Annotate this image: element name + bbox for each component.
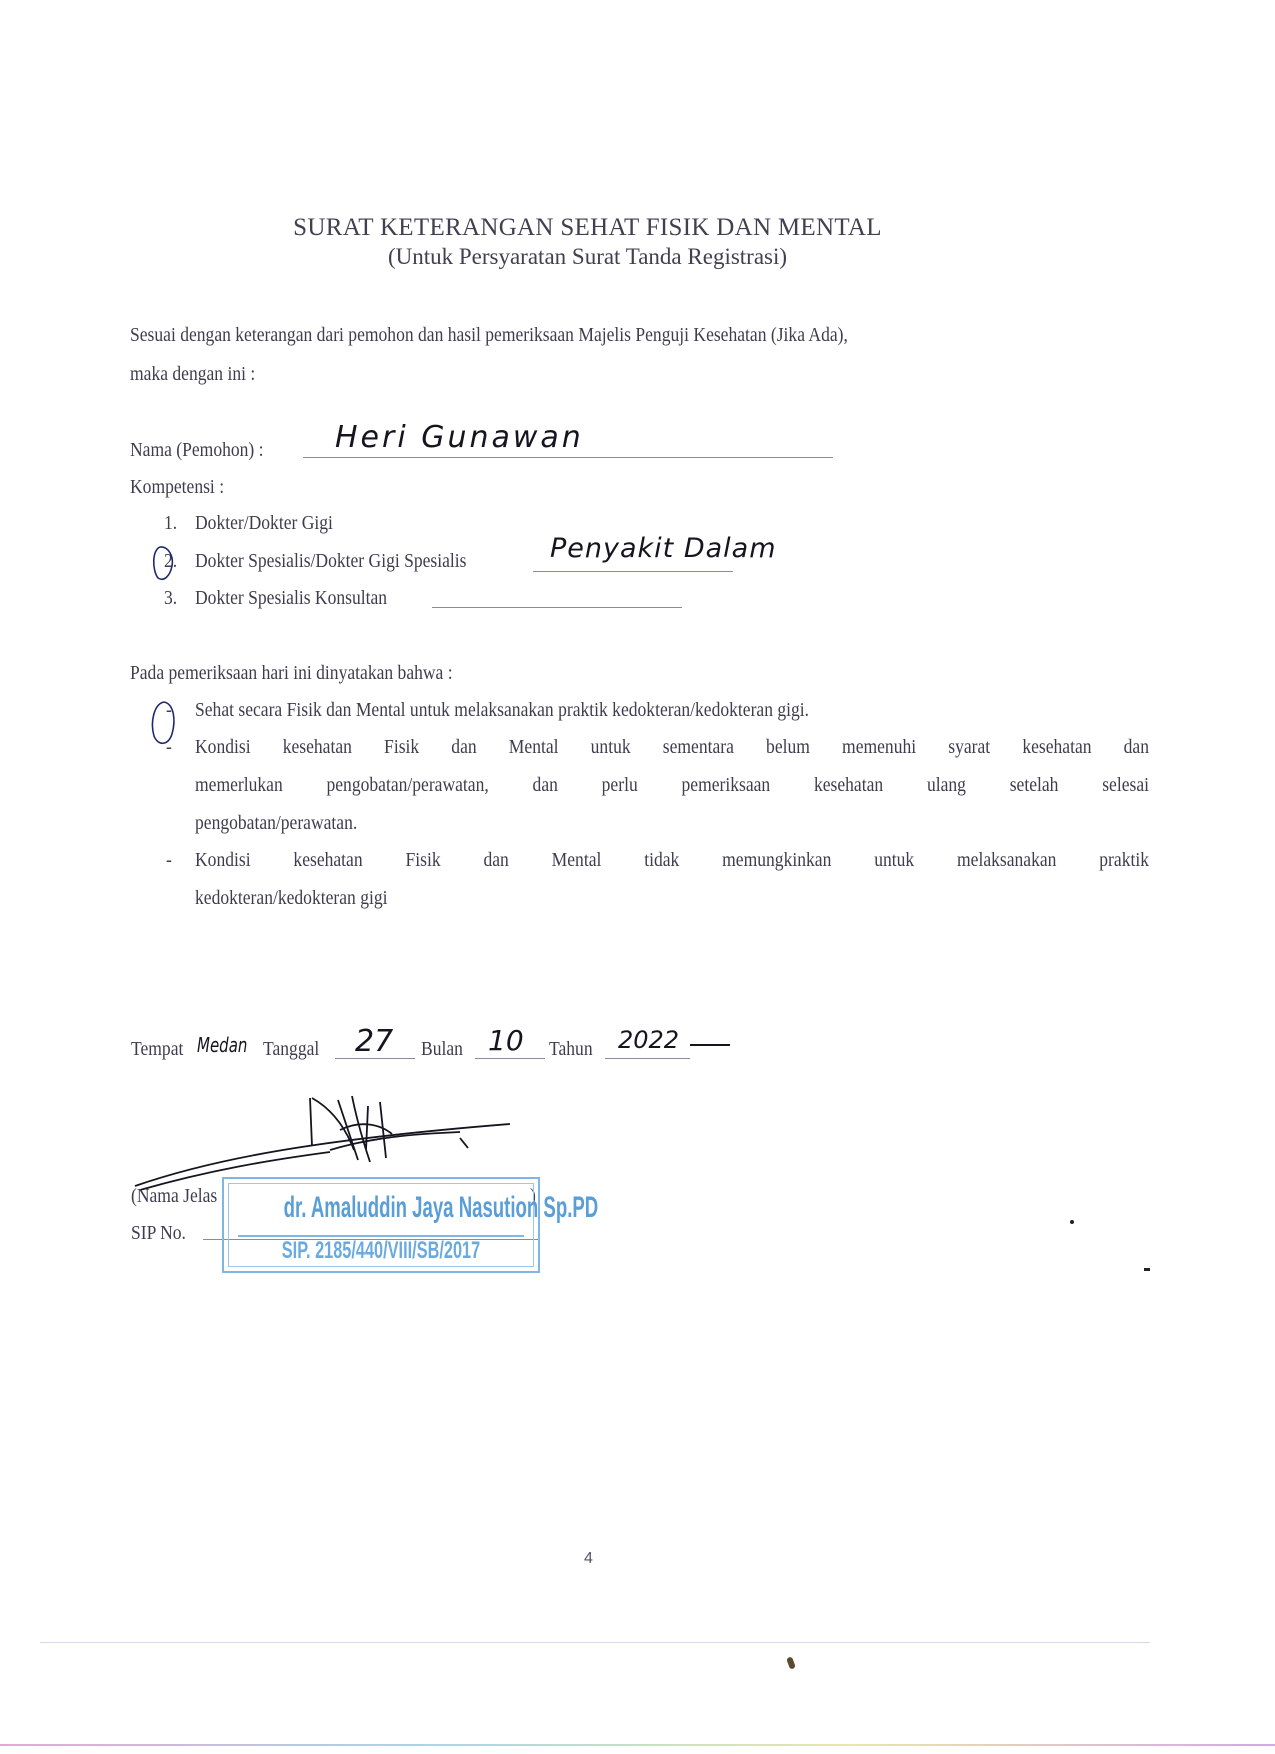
- selection-circle-icon: [150, 544, 190, 584]
- year-field-line[interactable]: [605, 1058, 690, 1059]
- stamp-sip-number: SIP. 2185/440/VIII/SB/2017: [274, 1237, 488, 1265]
- competency-option-2[interactable]: Dokter Spesialis/Dokter Gigi Spesialis: [195, 551, 467, 573]
- scan-speck: [1070, 1220, 1074, 1224]
- document-subtitle: (Untuk Persyaratan Surat Tanda Registras…: [0, 244, 1175, 270]
- name-field-value[interactable]: Heri Gunawan: [335, 420, 584, 455]
- month-field-line[interactable]: [475, 1058, 545, 1059]
- statement-bullet-1: -: [166, 700, 172, 722]
- place-label: Tempat: [131, 1039, 183, 1061]
- date-label: Tanggal: [263, 1039, 319, 1061]
- intro-line-1: Sesuai dengan keterangan dari pemohon da…: [130, 325, 1137, 347]
- date-value[interactable]: 27: [355, 1024, 393, 1059]
- year-label: Tahun: [549, 1039, 593, 1061]
- doctor-stamp: dr. Amaluddin Jaya Nasution Sp.PD SIP. 2…: [222, 1177, 540, 1273]
- competency-label: Kompetensi :: [130, 477, 224, 499]
- intro-line-2: maka dengan ini :: [130, 364, 255, 386]
- statement-bullet-2: -: [166, 737, 172, 759]
- month-label: Bulan: [421, 1039, 463, 1061]
- statement-option-2-line-1[interactable]: Kondisi kesehatan Fisik dan Mental untuk…: [195, 737, 1149, 759]
- signer-name-label: (Nama Jelas: [131, 1186, 217, 1208]
- scan-line: [40, 1642, 1150, 1643]
- competency-option-1[interactable]: Dokter/Dokter Gigi: [195, 513, 333, 535]
- competency-number-1: 1.: [164, 513, 177, 535]
- scan-edge: [0, 1744, 1275, 1746]
- statement-option-2-line-2[interactable]: memerlukan pengobatan/perawatan, dan per…: [195, 775, 1149, 797]
- page-number: 4: [584, 1550, 593, 1568]
- competency-option-3[interactable]: Dokter Spesialis Konsultan: [195, 588, 387, 610]
- specialty-field-line[interactable]: [533, 571, 733, 572]
- scan-speck: [786, 1656, 796, 1669]
- name-field-line[interactable]: [303, 457, 833, 458]
- name-label: Nama (Pemohon) :: [130, 440, 264, 462]
- place-value[interactable]: Medan: [197, 1033, 247, 1057]
- statement-option-1[interactable]: Sehat secara Fisik dan Mental untuk mela…: [195, 700, 809, 722]
- consultant-field-line[interactable]: [432, 607, 682, 608]
- specialty-field-value[interactable]: Penyakit Dalam: [550, 533, 777, 564]
- statement-bullet-3: -: [166, 850, 172, 872]
- statement-option-2-line-3[interactable]: pengobatan/perawatan.: [195, 813, 357, 835]
- statement-option-3-line-1[interactable]: Kondisi kesehatan Fisik dan Mental tidak…: [195, 850, 1149, 872]
- sip-label: SIP No.: [131, 1223, 186, 1245]
- competency-number-3: 3.: [164, 588, 177, 610]
- year-value[interactable]: 2022: [618, 1026, 679, 1054]
- scan-speck: [1144, 1268, 1150, 1271]
- stamp-doctor-name: dr. Amaluddin Jaya Nasution Sp.PD: [284, 1191, 479, 1225]
- year-underline-stroke: [690, 1044, 730, 1046]
- month-value[interactable]: 10: [488, 1024, 524, 1057]
- statement-option-3-line-2[interactable]: kedokteran/kedokteran gigi: [195, 888, 388, 910]
- exam-label: Pada pemeriksaan hari ini dinyatakan bah…: [130, 663, 453, 685]
- document-title: SURAT KETERANGAN SEHAT FISIK DAN MENTAL: [0, 214, 1175, 242]
